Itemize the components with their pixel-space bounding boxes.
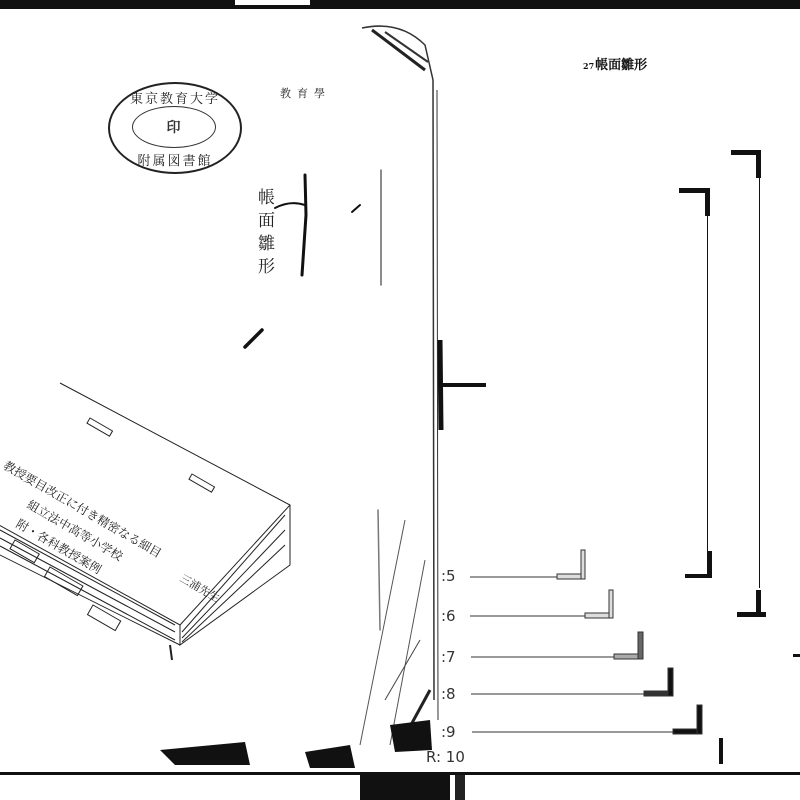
ink-blots: [160, 720, 432, 768]
page-fold: [360, 26, 486, 745]
scale-label-7: :7: [441, 648, 456, 666]
scale-label-r10: R: 10: [426, 748, 465, 766]
crop-marks: [679, 150, 800, 764]
scale-bars: [470, 550, 702, 734]
scale-label-5: :5: [441, 567, 456, 585]
scale-label-6: :6: [441, 607, 456, 625]
pen-strokes: [245, 170, 381, 630]
scale-label-8: :8: [441, 685, 456, 703]
illustrations: [0, 0, 800, 800]
scale-label-9: :9: [441, 723, 456, 741]
